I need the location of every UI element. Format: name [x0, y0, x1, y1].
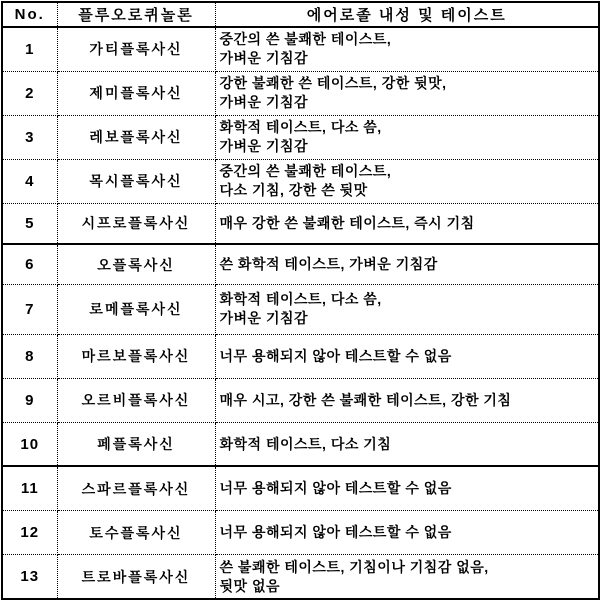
table-row: 10 페플록사신 화학적 테이스트, 다소 기침	[2, 422, 599, 466]
row-number: 10	[2, 422, 57, 466]
table-row: 9 오르비플록사신 매우 시고, 강한 쓴 불쾌한 테이스트, 강한 기침	[2, 378, 599, 422]
table-row: 8 마르보플록사신 너무 용해되지 않아 테스트할 수 없음	[2, 334, 599, 378]
taste-description: 중간의 쓴 불쾌한 테이스트, 가벼운 기침감	[215, 27, 599, 71]
header-fluoroquinolone: 플루오로퀴놀론	[57, 2, 215, 27]
table-header-row: No. 플루오로퀴놀론 에어로졸 내성 및 테이스트	[2, 2, 599, 27]
taste-description: 강한 불쾌한 쓴 테이스트, 강한 뒷맛, 가벼운 기침감	[215, 71, 599, 115]
drug-name: 스파르플록사신	[57, 466, 215, 510]
table-row: 12 토수플록사신 너무 용해되지 않아 테스트할 수 없음	[2, 511, 599, 555]
table-row: 1 가티플록사신 중간의 쓴 불쾌한 테이스트, 가벼운 기침감	[2, 27, 599, 71]
drug-name: 목시플록사신	[57, 159, 215, 203]
drug-name: 트로바플록사신	[57, 555, 215, 599]
taste-description: 쓴 불쾌한 테이스트, 기침이나 기침감 없음, 뒷맛 없음	[215, 555, 599, 599]
drug-name: 페플록사신	[57, 422, 215, 466]
row-number: 12	[2, 511, 57, 555]
table-row: 4 목시플록사신 중간의 쓴 불쾌한 테이스트, 다소 기침, 강한 쓴 뒷맛	[2, 159, 599, 203]
table-row: 13 트로바플록사신 쓴 불쾌한 테이스트, 기침이나 기침감 없음, 뒷맛 없…	[2, 555, 599, 599]
header-aerosol-taste: 에어로졸 내성 및 테이스트	[215, 2, 599, 27]
drug-name: 오르비플록사신	[57, 378, 215, 422]
drug-name: 시프로플록사신	[57, 204, 215, 244]
row-number: 7	[2, 285, 57, 334]
drug-name: 오플록사신	[57, 244, 215, 285]
taste-description: 너무 용해되지 않아 테스트할 수 없음	[215, 466, 599, 510]
taste-description: 화학적 테이스트, 다소 씀, 가벼운 기침감	[215, 285, 599, 334]
row-number: 1	[2, 27, 57, 71]
taste-description: 매우 시고, 강한 쓴 불쾌한 테이스트, 강한 기침	[215, 378, 599, 422]
row-number: 4	[2, 159, 57, 203]
taste-description: 너무 용해되지 않아 테스트할 수 없음	[215, 334, 599, 378]
drug-name: 가티플록사신	[57, 27, 215, 71]
taste-description: 너무 용해되지 않아 테스트할 수 없음	[215, 511, 599, 555]
taste-description: 화학적 테이스트, 다소 기침	[215, 422, 599, 466]
row-number: 8	[2, 334, 57, 378]
drug-name: 레보플록사신	[57, 115, 215, 159]
row-number: 13	[2, 555, 57, 599]
taste-description: 중간의 쓴 불쾌한 테이스트, 다소 기침, 강한 쓴 뒷맛	[215, 159, 599, 203]
fluoroquinolone-taste-table: No. 플루오로퀴놀론 에어로졸 내성 및 테이스트 1 가티플록사신 중간의 …	[1, 1, 600, 600]
taste-description: 쓴 화학적 테이스트, 가벼운 기침감	[215, 244, 599, 285]
taste-description: 매우 강한 쓴 불쾌한 테이스트, 즉시 기침	[215, 204, 599, 244]
drug-name: 마르보플록사신	[57, 334, 215, 378]
header-no: No.	[2, 2, 57, 27]
table-row: 7 로메플록사신 화학적 테이스트, 다소 씀, 가벼운 기침감	[2, 285, 599, 334]
taste-description: 화학적 테이스트, 다소 씀, 가벼운 기침감	[215, 115, 599, 159]
document-page: No. 플루오로퀴놀론 에어로졸 내성 및 테이스트 1 가티플록사신 중간의 …	[0, 1, 601, 602]
row-number: 5	[2, 204, 57, 244]
table-row: 6 오플록사신 쓴 화학적 테이스트, 가벼운 기침감	[2, 244, 599, 285]
drug-name: 토수플록사신	[57, 511, 215, 555]
drug-name: 로메플록사신	[57, 285, 215, 334]
row-number: 2	[2, 71, 57, 115]
row-number: 9	[2, 378, 57, 422]
row-number: 11	[2, 466, 57, 510]
row-number: 6	[2, 244, 57, 285]
drug-name: 제미플록사신	[57, 71, 215, 115]
row-number: 3	[2, 115, 57, 159]
table-row: 11 스파르플록사신 너무 용해되지 않아 테스트할 수 없음	[2, 466, 599, 510]
table-row: 5 시프로플록사신 매우 강한 쓴 불쾌한 테이스트, 즉시 기침	[2, 204, 599, 244]
table-row: 2 제미플록사신 강한 불쾌한 쓴 테이스트, 강한 뒷맛, 가벼운 기침감	[2, 71, 599, 115]
table-row: 3 레보플록사신 화학적 테이스트, 다소 씀, 가벼운 기침감	[2, 115, 599, 159]
